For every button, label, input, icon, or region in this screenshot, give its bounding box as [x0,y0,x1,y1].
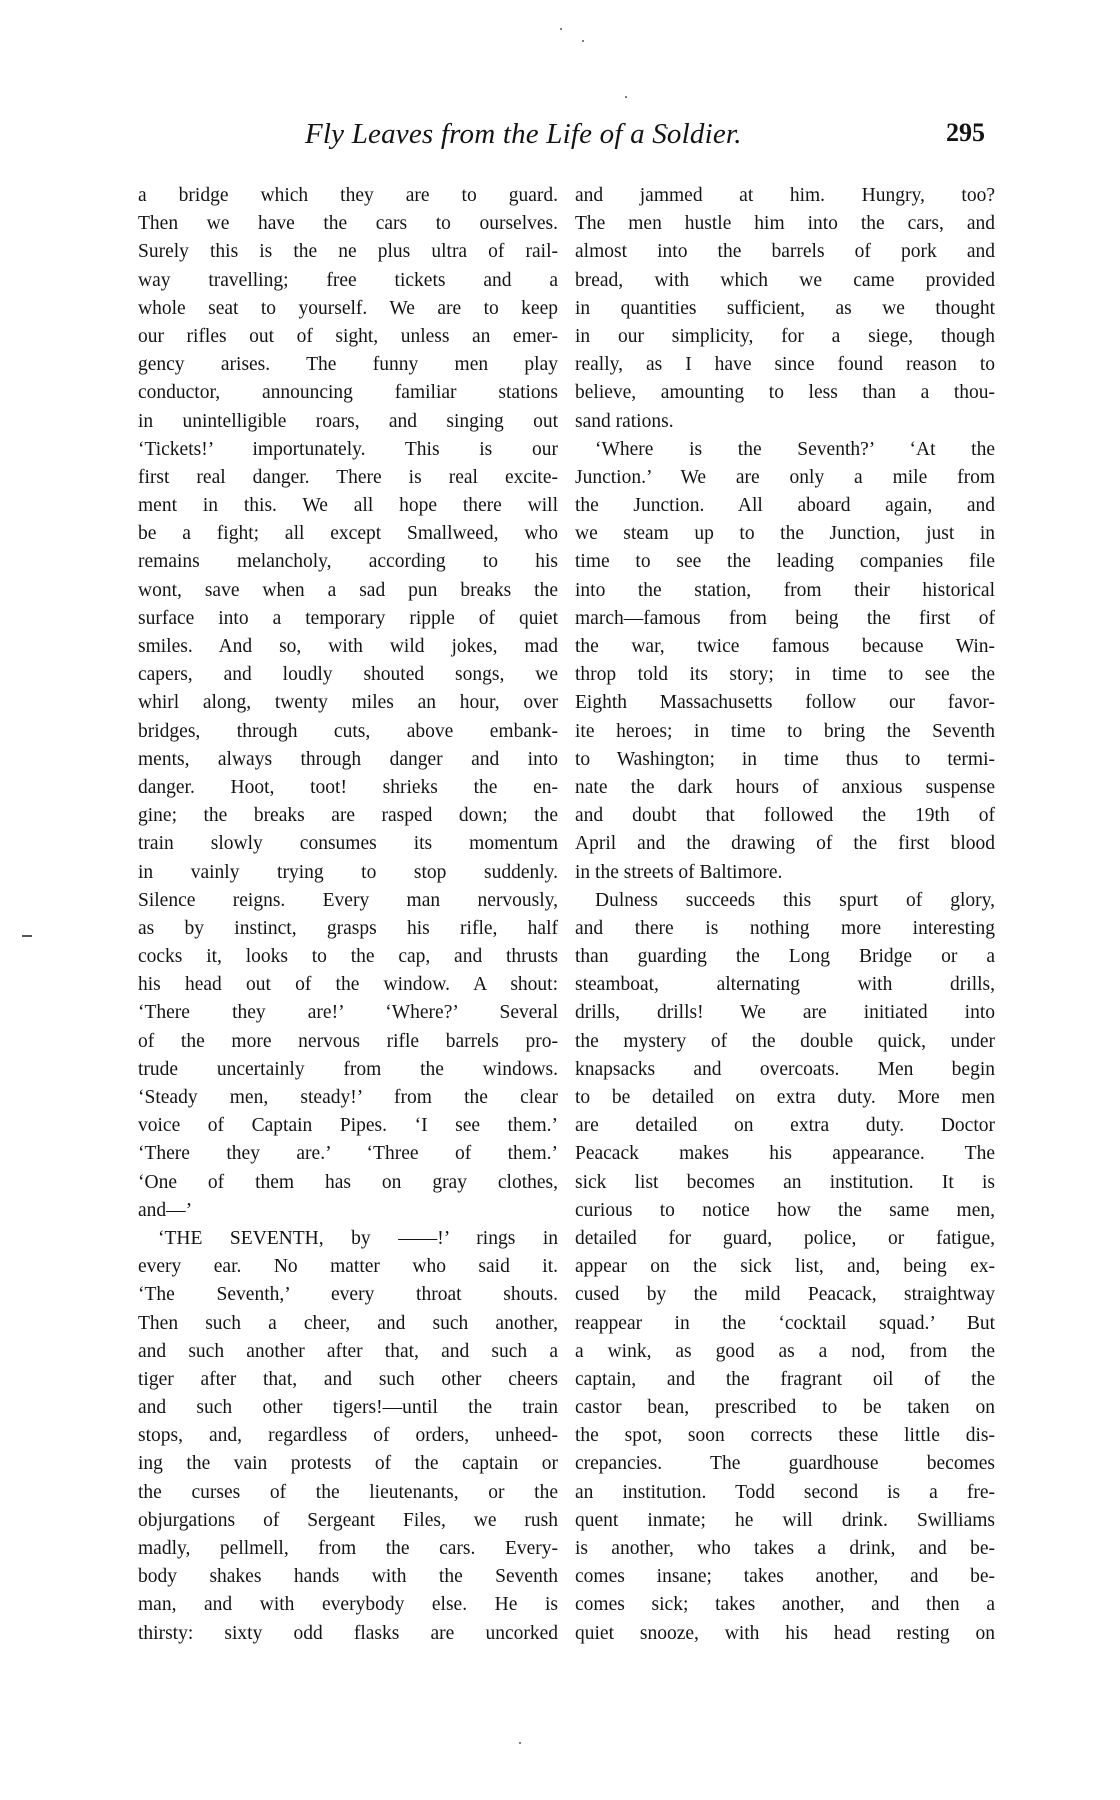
text-line: bread, with which we came provided [575,267,995,295]
text-line: whirl along, twenty miles an hour, over [138,689,558,717]
text-line: in the streets of Baltimore. [575,859,995,887]
text-line: quent inmate; he will drink. Swilliams [575,1507,995,1535]
text-line: tiger after that, and such other cheers [138,1366,558,1394]
text-line: crepancies. The guardhouse becomes [575,1450,995,1478]
text-line: Then such a cheer, and such another, [138,1310,558,1338]
text-line: April and the drawing of the first blood [575,830,995,858]
text-line: than guarding the Long Bridge or a [575,943,995,971]
scan-speck [625,96,627,98]
text-line: appear on the sick list, and, being ex- [575,1253,995,1281]
text-line: The men hustle him into the cars, and [575,210,995,238]
text-line: the curses of the lieutenants, or the [138,1479,558,1507]
text-line: the war, twice famous because Win- [575,633,995,661]
text-line: an institution. Todd second is a fre- [575,1479,995,1507]
text-line: in vainly trying to stop suddenly. [138,859,558,887]
text-line: body shakes hands with the Seventh [138,1563,558,1591]
text-line: throp told its story; in time to see the [575,661,995,689]
text-line: thirsty: sixty odd flasks are uncorked [138,1620,558,1648]
text-line: Surely this is the ne plus ultra of rail… [138,238,558,266]
text-line: Silence reigns. Every man nervously, [138,887,558,915]
text-line: comes insane; takes another, and be- [575,1563,995,1591]
text-line: be a fight; all except Smallweed, who [138,520,558,548]
text-line: comes sick; takes another, and then a [575,1591,995,1619]
text-line: Then we have the cars to ourselves. [138,210,558,238]
scan-speck [22,935,32,937]
text-line: and such other tigers!—until the train [138,1394,558,1422]
text-line: gency arises. The funny men play [138,351,558,379]
text-line: sick list becomes an institution. It is [575,1169,995,1197]
text-line: as by instinct, grasps his rifle, half [138,915,558,943]
text-line: every ear. No matter who said it. [138,1253,558,1281]
text-line: ing the vain protests of the captain or [138,1450,558,1478]
text-line: nate the dark hours of anxious suspense [575,774,995,802]
text-line: smiles. And so, with wild jokes, mad [138,633,558,661]
text-line: whole seat to yourself. We are to keep [138,295,558,323]
text-line: man, and with everybody else. He is [138,1591,558,1619]
scan-speck [560,28,562,30]
text-line: his head out of the window. A shout: [138,971,558,999]
text-line: a wink, as good as a nod, from the [575,1338,995,1366]
text-line: ‘There they are!’ ‘Where?’ Several [138,999,558,1027]
text-line: almost into the barrels of pork and [575,238,995,266]
page-number: 295 [946,118,985,148]
text-line: are detailed on extra duty. Doctor [575,1112,995,1140]
text-line: knapsacks and overcoats. Men begin [575,1056,995,1084]
text-line: ‘Tickets!’ importunately. This is our [138,436,558,464]
scan-speck [666,127,668,129]
text-line: to be detailed on extra duty. More men [575,1084,995,1112]
text-line: drills, drills! We are initiated into [575,999,995,1027]
text-line: and jammed at him. Hungry, too? [575,182,995,210]
text-line: reappear in the ‘cocktail squad.’ But [575,1310,995,1338]
scan-speck [519,1742,521,1744]
text-line: ment in this. We all hope there will [138,492,558,520]
text-line: is another, who takes a drink, and be- [575,1535,995,1563]
text-line: in quantities sufficient, as we thought [575,295,995,323]
text-line: remains melancholy, according to his [138,548,558,576]
text-line: sand rations. [575,408,995,436]
text-line: ‘Steady men, steady!’ from the clear [138,1084,558,1112]
text-line: Eighth Massachusetts follow our favor- [575,689,995,717]
running-head: Fly Leaves from the Life of a Soldier. 2… [140,118,985,158]
text-line: believe, amounting to less than a thou- [575,379,995,407]
right-text-column: and jammed at him. Hungry, too?The men h… [575,182,995,1648]
text-line: our rifles out of sight, unless an emer- [138,323,558,351]
text-line: we steam up to the Junction, just in [575,520,995,548]
text-line: ‘One of them has on gray clothes, [138,1169,558,1197]
text-line: and doubt that followed the 19th of [575,802,995,830]
text-line: a bridge which they are to guard. [138,182,558,210]
text-line: really, as I have since found reason to [575,351,995,379]
text-line: ments, always through danger and into [138,746,558,774]
text-line: the spot, soon corrects these little dis… [575,1422,995,1450]
text-line: capers, and loudly shouted songs, we [138,661,558,689]
text-line: ‘Where is the Seventh?’ ‘At the [575,436,995,464]
text-line: the mystery of the double quick, under [575,1028,995,1056]
text-line: surface into a temporary ripple of quiet [138,605,558,633]
text-line: wont, save when a sad pun breaks the [138,577,558,605]
text-line: ‘THE SEVENTH, by ——!’ rings in [138,1225,558,1253]
text-line: time to see the leading companies file [575,548,995,576]
text-line: into the station, from their historical [575,577,995,605]
book-page: Fly Leaves from the Life of a Soldier. 2… [0,0,1120,1800]
scan-speck [582,40,584,42]
text-line: cused by the mild Peacack, straightway [575,1281,995,1309]
text-line: cocks it, looks to the cap, and thrusts [138,943,558,971]
text-line: trude uncertainly from the windows. [138,1056,558,1084]
text-line: Dulness succeeds this spurt of glory, [575,887,995,915]
text-line: train slowly consumes its momentum [138,830,558,858]
text-line: and—’ [138,1197,558,1225]
text-line: and such another after that, and such a [138,1338,558,1366]
text-line: gine; the breaks are rasped down; the [138,802,558,830]
text-line: objurgations of Sergeant Files, we rush [138,1507,558,1535]
text-line: castor bean, prescribed to be taken on [575,1394,995,1422]
text-line: captain, and the fragrant oil of the [575,1366,995,1394]
text-line: Junction.’ We are only a mile from [575,464,995,492]
text-line: quiet snooze, with his head resting on [575,1620,995,1648]
text-line: ‘The Seventh,’ every throat shouts. [138,1281,558,1309]
text-line: in unintelligible roars, and singing out [138,408,558,436]
text-line: and there is nothing more interesting [575,915,995,943]
text-line: ite heroes; in time to bring the Seventh [575,718,995,746]
text-line: stops, and, regardless of orders, unheed… [138,1422,558,1450]
text-line: way travelling; free tickets and a [138,267,558,295]
text-line: steamboat, alternating with drills, [575,971,995,999]
text-line: bridges, through cuts, above embank- [138,718,558,746]
text-line: in our simplicity, for a siege, though [575,323,995,351]
text-line: conductor, announcing familiar stations [138,379,558,407]
running-title: Fly Leaves from the Life of a Soldier. [305,118,742,151]
text-line: danger. Hoot, toot! shrieks the en- [138,774,558,802]
text-line: ‘There they are.’ ‘Three of them.’ [138,1140,558,1168]
text-line: detailed for guard, police, or fatigue, [575,1225,995,1253]
text-line: first real danger. There is real excite- [138,464,558,492]
text-line: curious to notice how the same men, [575,1197,995,1225]
left-text-column: a bridge which they are to guard.Then we… [138,182,558,1648]
text-line: the Junction. All aboard again, and [575,492,995,520]
text-line: of the more nervous rifle barrels pro- [138,1028,558,1056]
text-line: Peacack makes his appearance. The [575,1140,995,1168]
text-line: voice of Captain Pipes. ‘I see them.’ [138,1112,558,1140]
text-line: march—famous from being the first of [575,605,995,633]
text-line: madly, pellmell, from the cars. Every- [138,1535,558,1563]
text-line: to Washington; in time thus to termi- [575,746,995,774]
